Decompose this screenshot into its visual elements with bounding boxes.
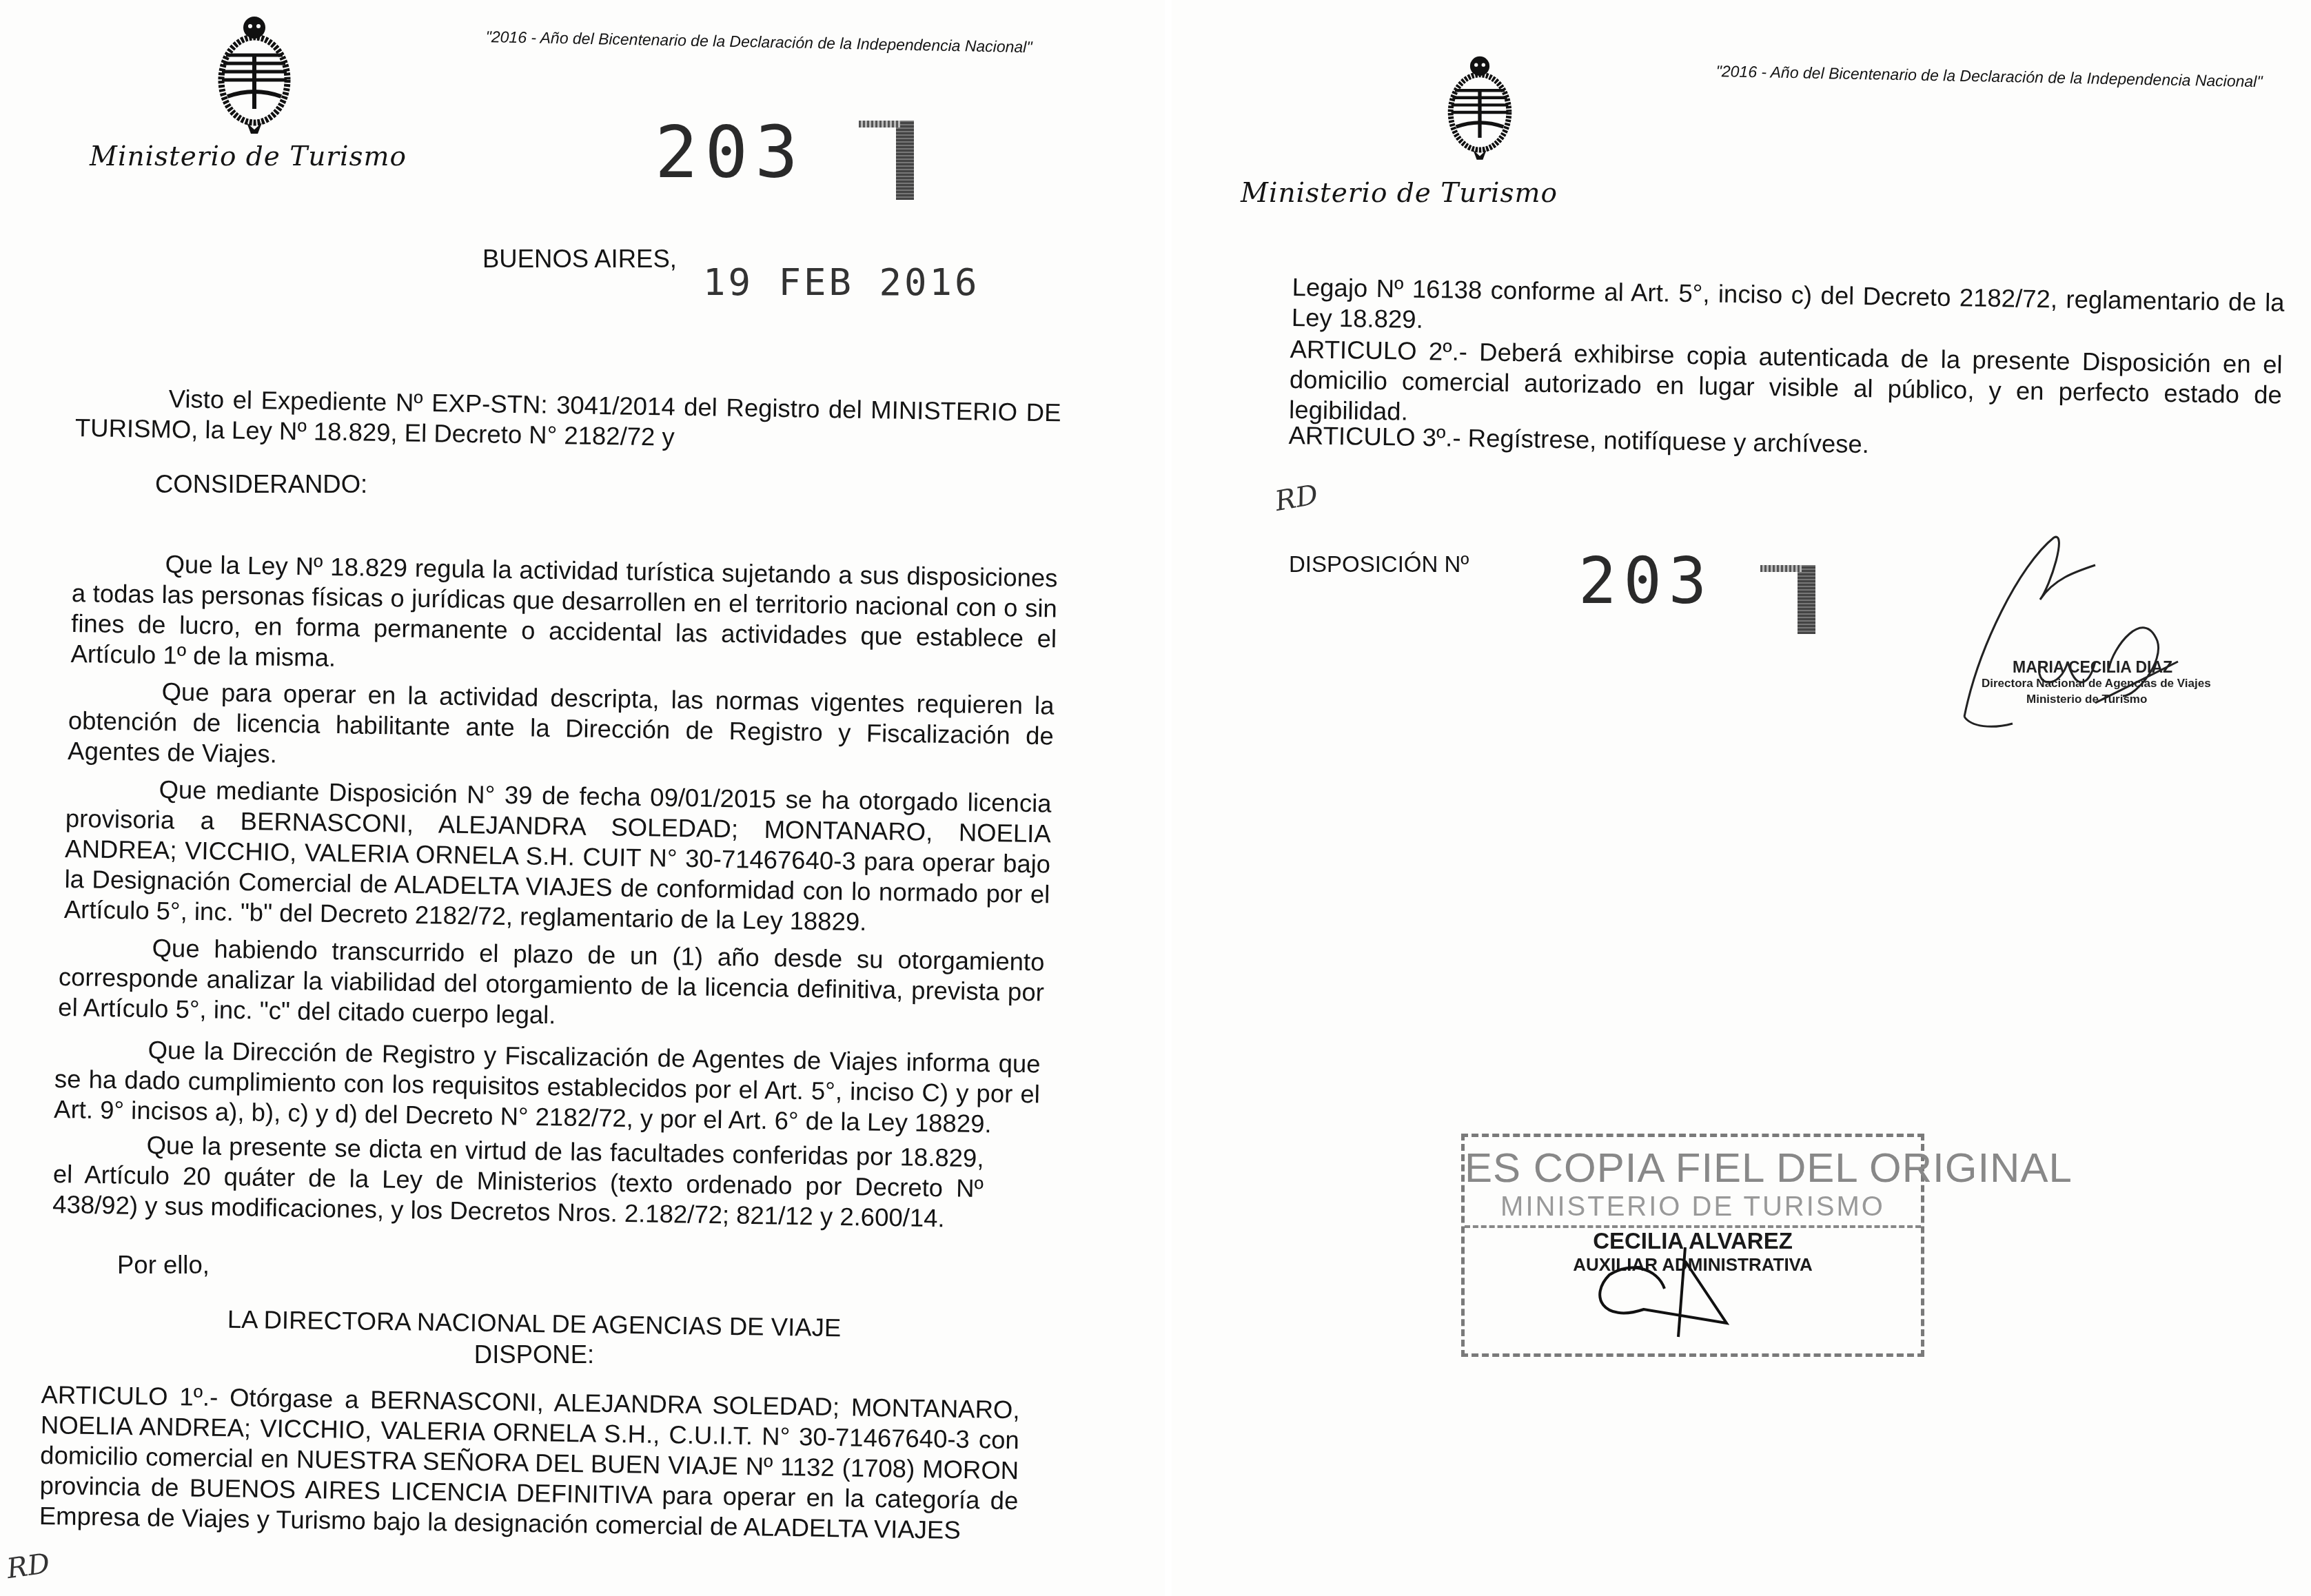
ministry-name: Ministerio de Turismo	[1241, 178, 1558, 209]
considerando-paragraph: Que para operar en la actividad descript…	[68, 675, 1055, 781]
dispone-heading: DISPONE:	[207, 1340, 862, 1369]
disposition-number-stamp: 203	[1578, 544, 1713, 618]
disposition-number-stamp: 203	[655, 110, 805, 194]
considerando-paragraph: Que mediante Disposición N° 39 de fecha …	[64, 773, 1052, 940]
stamp-signature-icon	[1589, 1247, 1740, 1344]
signatory-title: Directora Nacional de Agencias de Viajes	[1982, 677, 2211, 690]
considerando-paragraph: Que la Dirección de Registro y Fiscaliza…	[54, 1034, 1041, 1140]
considerando-paragraph: Que la presente se dicta en virtud de la…	[52, 1129, 984, 1234]
argentina-coat-of-arms-icon	[214, 12, 295, 135]
place-label: BUENOS AIRES,	[482, 245, 677, 274]
date-stamp: 19 FEB 2016	[703, 260, 980, 304]
stamp-digit-smudge	[896, 121, 914, 200]
handwritten-initials: RD	[5, 1548, 52, 1585]
copy-stamp-ministry: MINISTERIO DE TURISMO	[1465, 1191, 1921, 1222]
copy-stamp-title: ES COPIA FIEL DEL ORIGINAL	[1465, 1144, 1921, 1191]
ministry-name: Ministerio de Turismo	[90, 141, 407, 172]
por-ello-label: Por ello,	[117, 1251, 210, 1280]
certified-copy-stamp: ES COPIA FIEL DEL ORIGINAL MINISTERIO DE…	[1461, 1134, 1924, 1357]
argentina-coat-of-arms-icon	[1444, 52, 1516, 162]
document-page-right: Ministerio de Turismo "2016 - Año del Bi…	[1172, 0, 2311, 1596]
disposicion-label: DISPOSICIÓN Nº	[1289, 551, 1469, 577]
signatory-name: MARIA CECILIA DIAZ	[2013, 658, 2172, 677]
considerando-paragraph: Que habiendo transcurrido el plazo de un…	[58, 932, 1045, 1038]
considerando-heading: CONSIDERANDO:	[155, 470, 367, 499]
handwritten-initials: RD	[1272, 479, 1320, 518]
document-page-left: Ministerio de Turismo "2016 - Año del Bi…	[0, 0, 1165, 1596]
visto-paragraph: Visto el Expediente Nº EXP-STN: 3041/201…	[75, 382, 1061, 458]
articulo-1-paragraph: ARTICULO 1º.- Otórgase a BERNASCONI, ALE…	[39, 1380, 1020, 1546]
year-motto: "2016 - Año del Bicentenario de la Decla…	[1716, 62, 2262, 91]
considerando-paragraph: Que la Ley Nº 18.829 regula la actividad…	[70, 548, 1058, 684]
issuing-authority: LA DIRECTORA NACIONAL DE AGENCIAS DE VIA…	[207, 1305, 862, 1342]
stamp-digit-smudge	[1798, 565, 1815, 634]
signatory-organization: Ministerio de Turismo	[2026, 693, 2147, 706]
year-motto: "2016 - Año del Bicentenario de la Decla…	[485, 28, 1032, 57]
